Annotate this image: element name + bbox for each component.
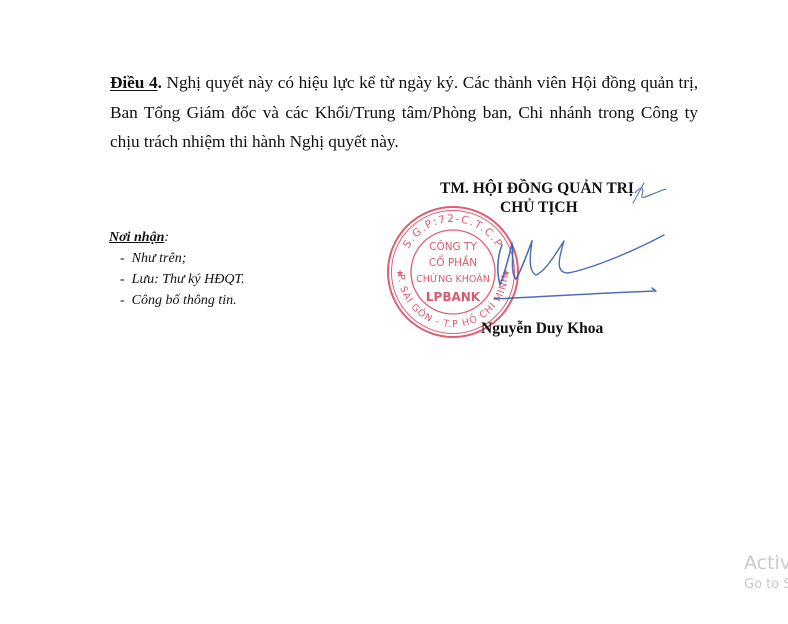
recipients-list: Như trên; Lưu: Thư ký HĐQT. Công bố thôn…	[109, 248, 245, 311]
article-body: Nghị quyết này có hiệu lực kể từ ngày ký…	[110, 73, 698, 151]
article-4: Điều 4. Nghị quyết này có hiệu lực kể từ…	[110, 68, 698, 157]
signer-name: Nguyễn Duy Khoa	[481, 320, 603, 338]
star-icon: ★	[396, 269, 404, 279]
recipient-item: Như trên;	[120, 248, 245, 269]
handwritten-signature	[470, 175, 680, 315]
recipient-item: Công bố thông tin.	[120, 290, 245, 311]
recipients-label: Nơi nhận	[109, 230, 164, 245]
recipients-block: Nơi nhận: Như trên; Lưu: Thư ký HĐQT. Cô…	[109, 227, 245, 311]
activate-windows-watermark: Activ Go to S	[744, 551, 788, 595]
article-heading: Điều 4.	[110, 73, 162, 92]
recipient-item: Lưu: Thư ký HĐQT.	[120, 269, 245, 290]
